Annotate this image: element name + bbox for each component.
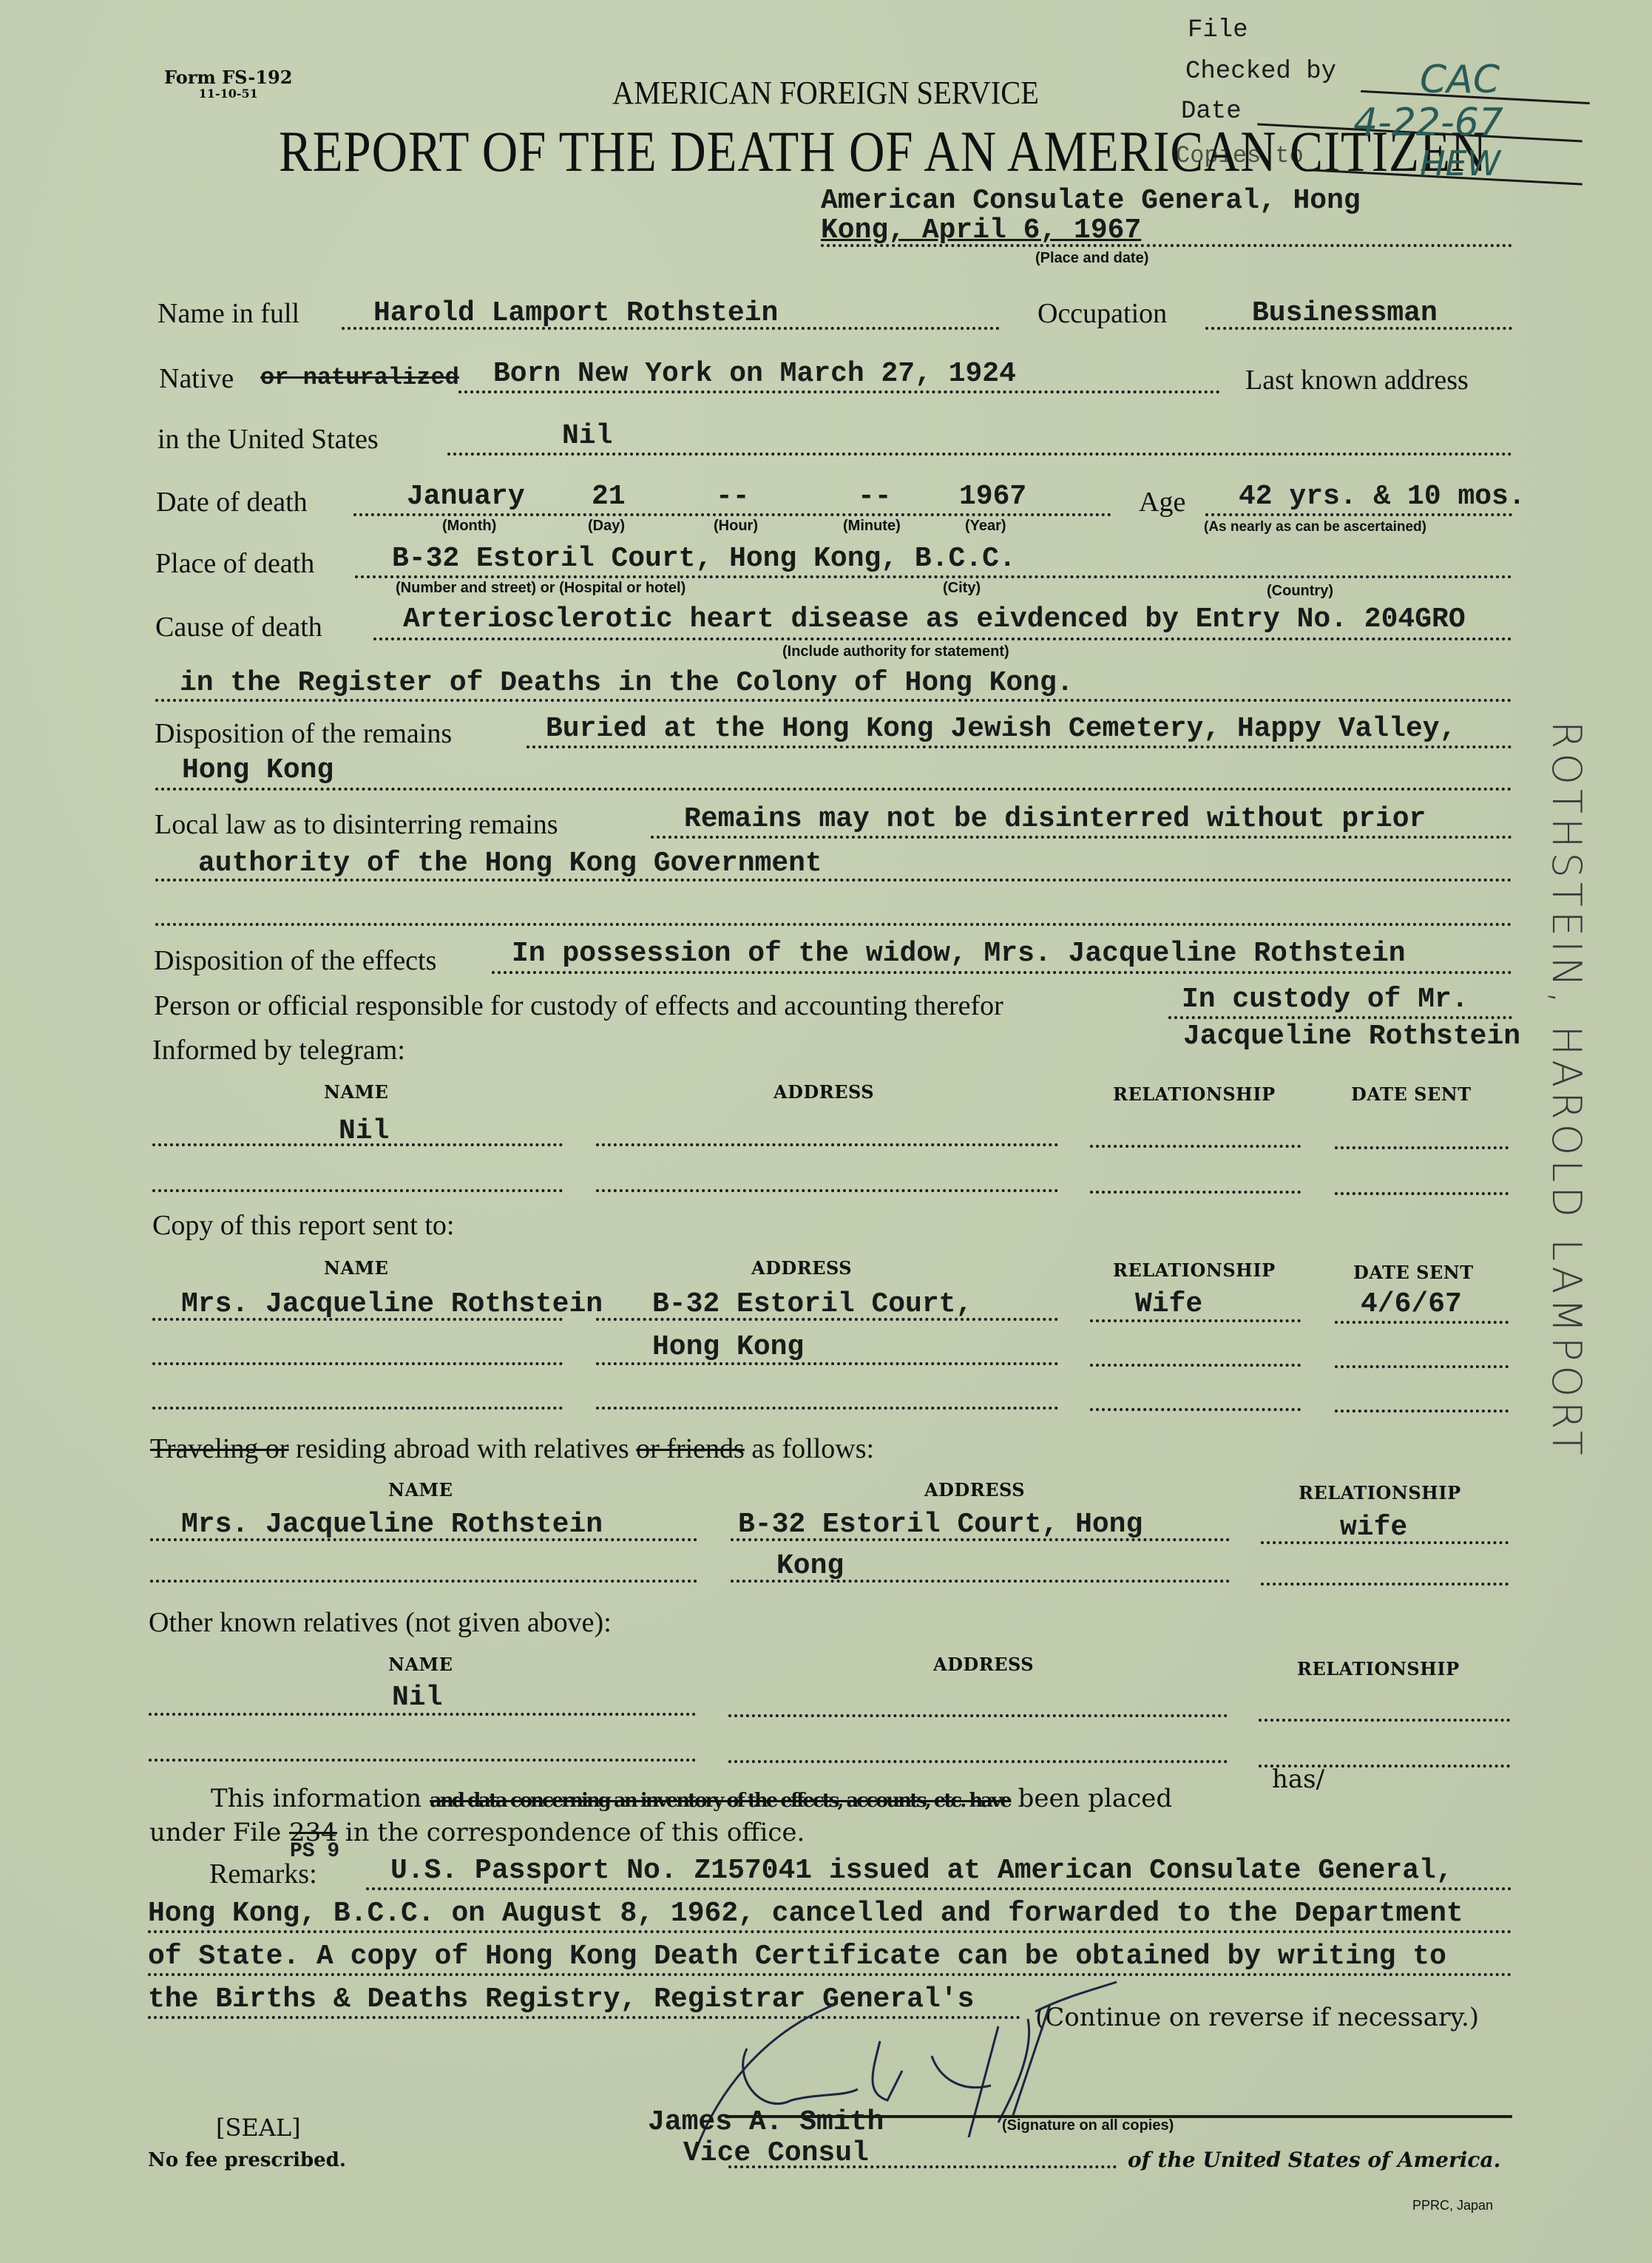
in-us-line — [447, 453, 1512, 456]
place-date-line1: American Consulate General, Hong — [821, 185, 1361, 217]
telegram-row1-name[interactable]: Nil — [339, 1115, 389, 1147]
cause-line1 — [373, 637, 1512, 640]
remarks-label: Remarks: — [209, 1858, 317, 1890]
native-struck-text: or naturalized — [260, 364, 459, 391]
local-law-line1-value[interactable]: Remains may not be disinterred without p… — [684, 803, 1426, 835]
copy-row2-date-line — [1335, 1365, 1509, 1368]
abroad-row1-address[interactable]: B-32 Estoril Court, Hong — [738, 1509, 1142, 1540]
abroad-row1-relationship[interactable]: wife — [1340, 1512, 1407, 1543]
local-law-line2-value[interactable]: authority of the Hong Kong Government — [198, 848, 822, 879]
printer-mark: PPRC, Japan — [1412, 2198, 1493, 2213]
copy-row1-address[interactable]: B-32 Estoril Court, — [652, 1288, 972, 1320]
copies-to-value: HEW — [1420, 143, 1500, 183]
age-caption: (As nearly as can be ascertained) — [1204, 519, 1426, 535]
date-of-death-line — [353, 513, 1111, 516]
death-day[interactable]: 21 — [592, 481, 626, 513]
age-value[interactable]: 42 yrs. & 10 mos. — [1239, 481, 1526, 513]
copy-col-name: NAME — [324, 1257, 388, 1279]
abroad-row2-address-line — [731, 1580, 1230, 1583]
place-date-line — [821, 244, 1512, 247]
title-line — [728, 2165, 1117, 2168]
caption-minute: (Minute) — [843, 518, 901, 535]
abroad-row1-address-line — [731, 1538, 1230, 1541]
abroad-row1-name-line — [150, 1538, 697, 1541]
caption-street: (Number and street) or (Hospital or hote… — [396, 580, 685, 597]
death-year[interactable]: 1967 — [959, 481, 1026, 513]
checked-by-value: CAC — [1420, 58, 1500, 102]
copy-row1-date-line — [1335, 1321, 1509, 1324]
abroad-row2-relationship-line — [1261, 1583, 1509, 1586]
cause-label: Cause of death — [155, 611, 322, 643]
copy-row3-address-line — [596, 1407, 1058, 1410]
in-us-value[interactable]: Nil — [562, 420, 612, 452]
other-row2-name-line — [149, 1759, 696, 1762]
abroad-row2-name-line — [150, 1580, 697, 1583]
remains-line2 — [155, 788, 1512, 791]
remarks-line2 — [148, 1930, 1512, 1933]
effects-line — [492, 971, 1512, 974]
place-of-death-label: Place of death — [155, 547, 314, 580]
occupation-value[interactable]: Businessman — [1252, 297, 1438, 329]
last-address-label: Last known address — [1245, 364, 1469, 396]
telegram-row1-relationship-line — [1090, 1145, 1301, 1148]
date-stamp-value: 4-22-67 — [1353, 101, 1503, 145]
telegram-row2-date-line — [1335, 1192, 1509, 1195]
name-label: Name in full — [158, 297, 299, 330]
caption-country: (Country) — [1267, 583, 1333, 600]
abroad-heading: Traveling or residing abroad with relati… — [150, 1432, 874, 1465]
death-hour[interactable]: -- — [716, 481, 750, 513]
native-value[interactable]: Born New York on March 27, 1924 — [493, 358, 1016, 390]
place-date-caption: (Place and date) — [1035, 250, 1148, 267]
copy-row1-name[interactable]: Mrs. Jacqueline Rothstein — [181, 1288, 603, 1320]
other-row1-relationship-line — [1259, 1719, 1510, 1722]
other-row1-name-line — [149, 1713, 696, 1716]
native-line — [458, 390, 1220, 393]
abroad-row2-address[interactable]: Kong — [776, 1550, 844, 1582]
place-date-line2: Kong, April 6, 1967 — [821, 214, 1141, 246]
form-revision-date: 11-10-51 — [164, 86, 292, 102]
remarks-line1 — [366, 1887, 1512, 1890]
abroad-col-name: NAME — [388, 1479, 453, 1501]
signer-title: Vice Consul — [683, 2137, 869, 2169]
copy-row3-name-line — [152, 1407, 563, 1410]
telegram-col-relationship: RELATIONSHIP — [1113, 1083, 1276, 1105]
age-line — [1205, 513, 1512, 516]
custody-line2-value[interactable]: Jacqueline Rothstein — [1183, 1021, 1520, 1052]
abroad-struck-friends: or friends — [636, 1433, 745, 1464]
telegram-row2-relationship-line — [1090, 1191, 1301, 1194]
cause-caption: (Include authority for statement) — [782, 643, 1009, 660]
abroad-heading-end: as follows: — [751, 1433, 874, 1464]
cause-line2-value[interactable]: in the Register of Deaths in the Colony … — [180, 667, 1074, 699]
telegram-col-name: NAME — [324, 1081, 388, 1103]
info-line2-start: under File — [149, 1818, 281, 1847]
copy-col-address: ADDRESS — [751, 1257, 852, 1279]
other-col-relationship: RELATIONSHIP — [1297, 1658, 1460, 1680]
info-line1: This information and data concerning an … — [211, 1784, 1172, 1813]
date-of-death-label: Date of death — [156, 486, 308, 518]
other-col-name: NAME — [388, 1654, 453, 1675]
agency-name: AMERICAN FOREIGN SERVICE — [612, 74, 1039, 112]
other-row2-address-line — [728, 1760, 1228, 1763]
date-stamp-label: Date — [1181, 98, 1242, 126]
form-number-block: Form FS-192 11-10-51 — [164, 70, 292, 102]
effects-label: Disposition of the effects — [154, 944, 436, 977]
remains-line1-value[interactable]: Buried at the Hong Kong Jewish Cemetery,… — [546, 713, 1456, 745]
copy-row3-date-line — [1335, 1410, 1509, 1413]
copy-row1-name-line — [152, 1318, 563, 1321]
info-line1-start: This information — [211, 1784, 422, 1813]
caption-month: (Month) — [442, 518, 496, 535]
info-insert-has: has/ — [1272, 1765, 1324, 1794]
copy-col-date-sent: DATE SENT — [1353, 1262, 1474, 1283]
info-line2: under File 234 in the correspondence of … — [149, 1818, 805, 1847]
seal-label: [SEAL] — [216, 2114, 301, 2142]
telegram-heading: Informed by telegram: — [152, 1034, 405, 1066]
copies-to-label: Copies to — [1176, 142, 1304, 169]
file-stamp-label: File — [1188, 16, 1248, 44]
other-col-address: ADDRESS — [933, 1654, 1034, 1675]
copy-row1-relationship-line — [1090, 1319, 1301, 1322]
abroad-row1-relationship-line — [1261, 1541, 1509, 1544]
of-usa-label: of the United States of America. — [1128, 2148, 1500, 2172]
occupation-label: Occupation — [1037, 297, 1167, 330]
place-of-death-line — [355, 575, 1512, 578]
custody-line — [1168, 1016, 1512, 1019]
form-number: Form FS-192 — [164, 70, 292, 86]
local-law-label: Local law as to disinterring remains — [155, 808, 558, 841]
caption-city: (City) — [943, 580, 981, 597]
other-row1-name[interactable]: Nil — [392, 1682, 442, 1714]
abroad-heading-mid: residing abroad with relatives — [296, 1433, 629, 1464]
copy-row2-address[interactable]: Hong Kong — [652, 1331, 804, 1363]
name-value[interactable]: Harold Lamport Rothstein — [373, 297, 778, 329]
copy-row1-date[interactable]: 4/6/67 — [1361, 1288, 1462, 1320]
telegram-col-date-sent: DATE SENT — [1351, 1083, 1472, 1105]
remarks-line1-text[interactable]: U.S. Passport No. Z157041 issued at Amer… — [390, 1855, 1453, 1887]
no-fee-label: No fee prescribed. — [148, 2149, 346, 2171]
caption-hour: (Hour) — [714, 518, 758, 535]
remains-label: Disposition of the remains — [155, 717, 452, 750]
copy-row2-name-line — [152, 1362, 563, 1365]
checked-by-label: Checked by — [1185, 58, 1336, 86]
other-row1-address-line — [728, 1714, 1228, 1717]
death-month[interactable]: January — [407, 481, 525, 513]
page-title: REPORT OF THE DEATH OF AN AMERICAN CITIZ… — [279, 118, 1487, 185]
info-line2-end: in the correspondence of this office. — [345, 1818, 805, 1847]
info-line1-struck: and data concerning an inventory of the … — [430, 1790, 1010, 1812]
copy-row1-relationship[interactable]: Wife — [1135, 1288, 1202, 1320]
telegram-row1-address-line — [596, 1143, 1058, 1146]
telegram-row2-address-line — [596, 1189, 1058, 1192]
other-relatives-heading: Other known relatives (not given above): — [149, 1606, 612, 1639]
side-name-label: ROTHSTEIN, HAROLD LAMPORT — [1543, 721, 1590, 1460]
copy-col-relationship: RELATIONSHIP — [1113, 1259, 1276, 1281]
abroad-col-relationship: RELATIONSHIP — [1299, 1482, 1461, 1503]
copy-row2-relationship-line — [1090, 1364, 1301, 1367]
local-law-line3 — [155, 923, 1512, 926]
caption-day: (Day) — [588, 518, 625, 535]
cause-line2 — [155, 699, 1512, 702]
caption-year: (Year) — [965, 518, 1006, 535]
native-label: Native — [159, 362, 234, 395]
copy-row1-address-line — [596, 1318, 1058, 1321]
signature-caption: (Signature on all copies) — [1002, 2117, 1174, 2134]
info-line1-end: been placed — [1018, 1784, 1173, 1813]
death-minute[interactable]: -- — [858, 481, 892, 513]
abroad-struck-traveling: Traveling or — [150, 1433, 289, 1464]
custody-label: Person or official responsible for custo… — [154, 990, 1003, 1022]
remains-line2-value[interactable]: Hong Kong — [182, 754, 334, 786]
telegram-row1-name-line — [152, 1143, 563, 1146]
abroad-col-address: ADDRESS — [924, 1479, 1025, 1501]
cause-line1-value[interactable]: Arteriosclerotic heart disease as eivden… — [403, 603, 1466, 635]
copy-row2-address-line — [596, 1362, 1058, 1365]
custody-line1-value[interactable]: In custody of Mr. — [1182, 984, 1469, 1015]
local-law-line1 — [651, 836, 1512, 839]
in-us-label: in the United States — [158, 423, 379, 456]
remarks-line2-text[interactable]: Hong Kong, B.C.C. on August 8, 1962, can… — [148, 1898, 1463, 1929]
telegram-row1-date-line — [1335, 1146, 1509, 1149]
copy-row3-relationship-line — [1090, 1408, 1301, 1411]
telegram-col-address: ADDRESS — [773, 1081, 874, 1103]
abroad-row1-name[interactable]: Mrs. Jacqueline Rothstein — [181, 1509, 603, 1540]
effects-value[interactable]: In possession of the widow, Mrs. Jacquel… — [512, 938, 1406, 970]
copy-sent-heading: Copy of this report sent to: — [152, 1209, 454, 1242]
remains-line1 — [527, 745, 1512, 748]
age-label: Age — [1139, 486, 1185, 518]
telegram-row2-name-line — [152, 1189, 563, 1192]
place-of-death-value[interactable]: B-32 Estoril Court, Hong Kong, B.C.C. — [392, 543, 1016, 575]
signer-name: James A. Smith — [648, 2106, 884, 2138]
